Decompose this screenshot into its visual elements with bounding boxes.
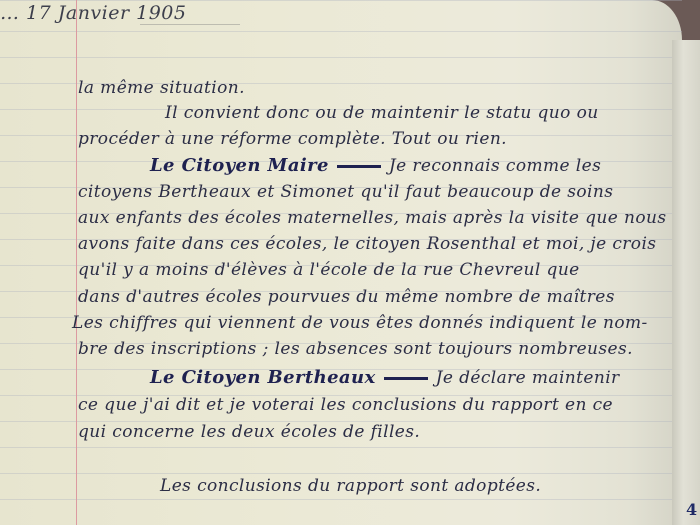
speech-line: Le Citoyen MaireJe reconnais comme les [150,155,601,176]
text-line: avons faite dans ces écoles, le citoyen … [78,234,656,254]
page-number: 4 [686,500,697,519]
text-line: Les chiffres qui viennent de vous êtes d… [72,313,648,333]
page-date: … 17 Janvier 1905 [0,2,186,24]
speech-text: Je déclare maintenir [436,368,620,388]
text-line: procéder à une réforme complète. Tout ou… [78,129,507,149]
text-line: qu'il y a moins d'élèves à l'école de la… [78,260,580,280]
speech-line: Le Citoyen BertheauxJe déclare maintenir [150,367,620,388]
text-line: dans d'autres écoles pourvues du même no… [78,287,615,307]
dash-rule [337,165,381,168]
speaker-name: Le Citoyen Bertheaux [150,367,376,388]
text-line: ce que j'ai dit et je voterai les conclu… [78,395,613,415]
text-line: aux enfants des écoles maternelles, mais… [78,208,666,228]
text-line: citoyens Bertheaux et Simonet qu'il faut… [78,182,613,202]
speech-text: Je reconnais comme les [389,156,601,176]
text-line: bre des inscriptions ; les absences sont… [78,339,633,359]
text-line: Les conclusions du rapport sont adoptées… [160,476,541,496]
text-line: la même situation. [78,78,245,98]
dash-rule [384,377,428,380]
ledger-page: … 17 Janvier 1905 la même situation. Il … [0,0,682,525]
speaker-name: Le Citoyen Maire [150,155,329,176]
text-line: qui concerne les deux écoles de filles. [78,422,420,442]
margin-rule [76,0,77,525]
page-fold-edge [672,40,700,525]
header-rule [140,24,240,25]
text-line: Il convient donc ou de maintenir le stat… [165,103,599,123]
